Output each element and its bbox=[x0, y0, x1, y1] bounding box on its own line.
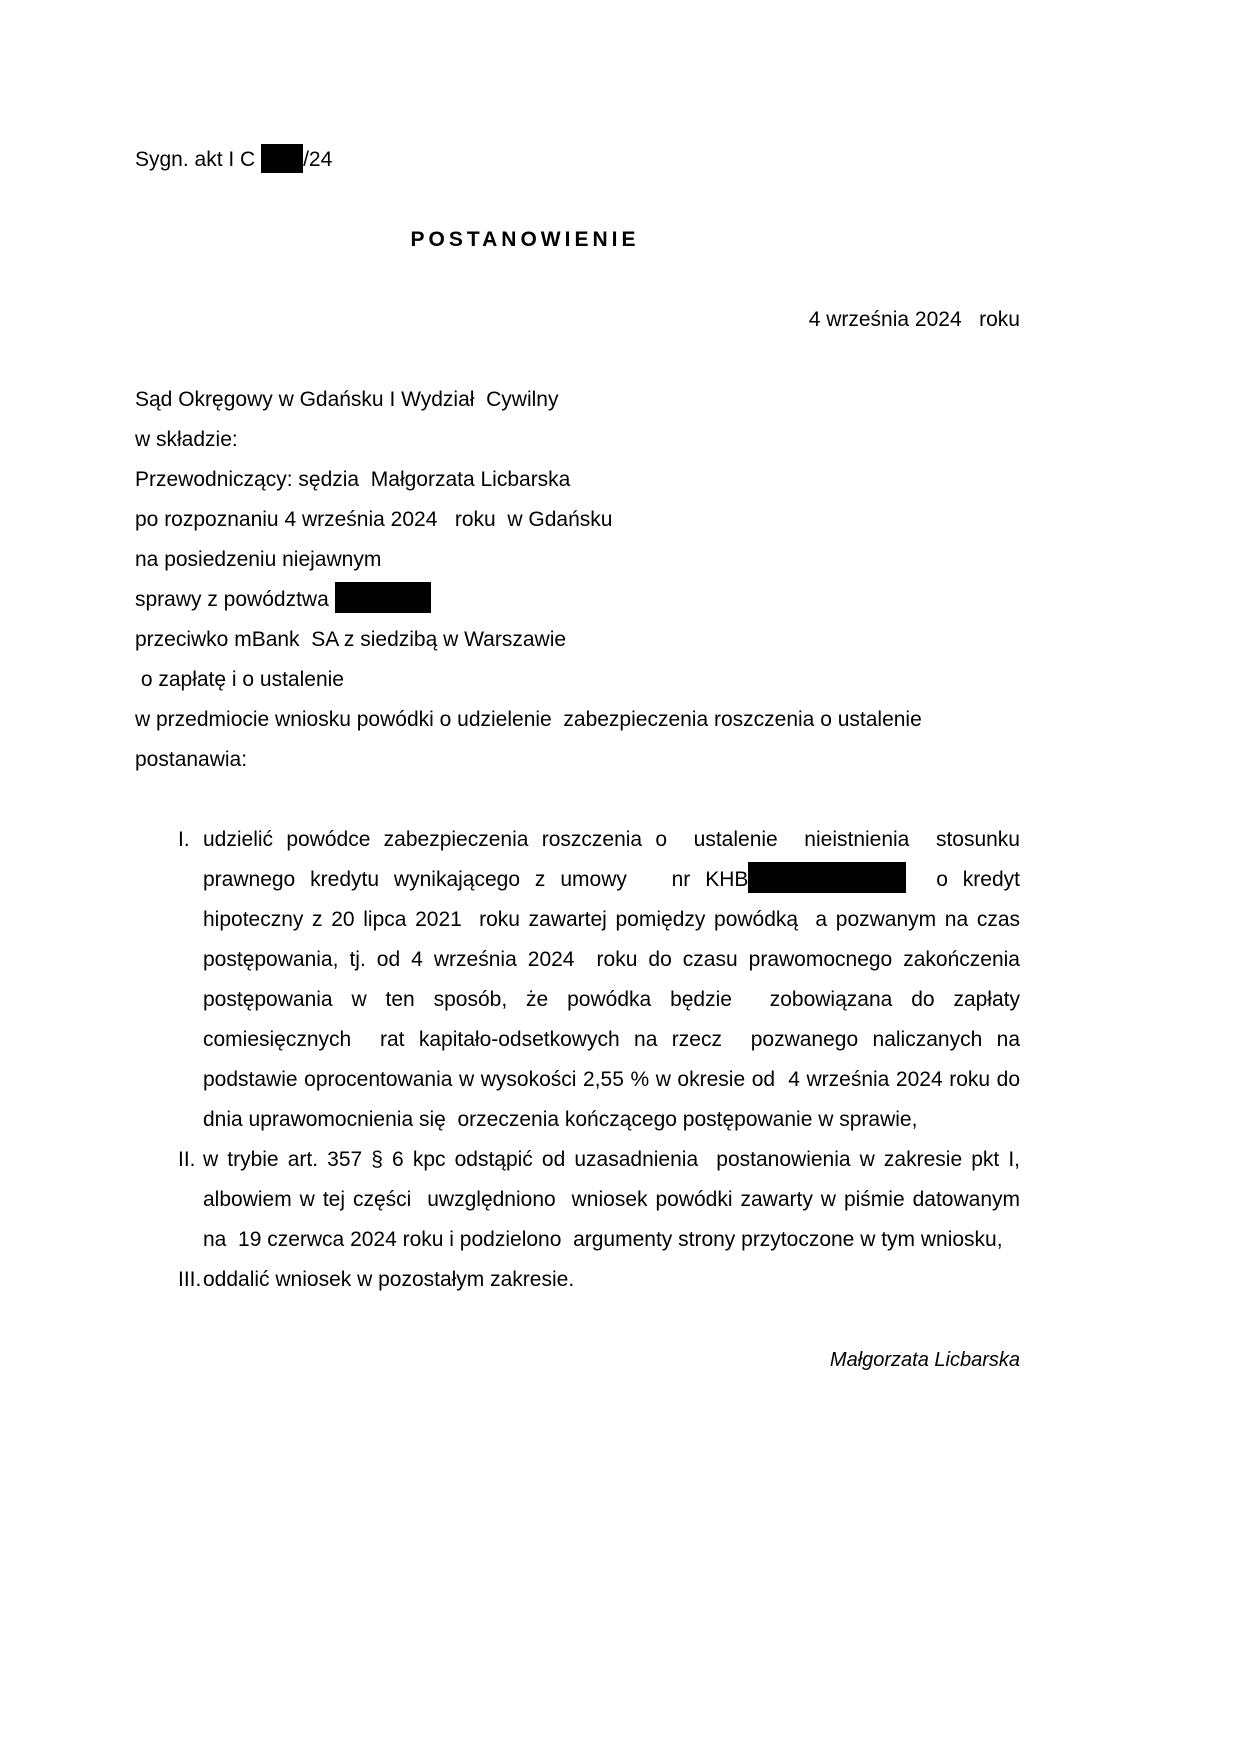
resolution-2-numeral: II. bbox=[178, 1140, 203, 1260]
redaction-bar-loan-number bbox=[748, 862, 906, 893]
defendant-line: przeciwko mBank SA z siedzibą w Warszawi… bbox=[135, 620, 1020, 660]
case-reference-line: Sygn. akt I C /24 bbox=[135, 140, 1020, 180]
resolution-1-numeral: I. bbox=[178, 820, 203, 1140]
court-composition-block: Sąd Okręgowy w Gdańsku I Wydział Cywilny… bbox=[135, 380, 1020, 780]
closed-session-line: na posiedzeniu niejawnym bbox=[135, 540, 1020, 580]
document-title: POSTANOWIENIE bbox=[135, 220, 915, 260]
judge-signature: Małgorzata Licbarska bbox=[135, 1340, 1020, 1380]
court-order-page: Sygn. akt I C /24 POSTANOWIENIE 4 wrześn… bbox=[0, 0, 1241, 1754]
decision-intro-line: postanawia: bbox=[135, 740, 1020, 780]
resolution-1-text-after: o kredyt hipoteczny z 20 lipca 2021 roku… bbox=[203, 868, 1026, 1131]
case-reference-prefix: Sygn. akt I C bbox=[135, 148, 261, 171]
resolutions-list: I. udzielić powódce zabezpieczenia roszc… bbox=[135, 820, 1020, 1300]
composition-intro-line: w składzie: bbox=[135, 420, 1020, 460]
case-subject-line: o zapłatę i o ustalenie bbox=[135, 660, 1020, 700]
presiding-judge-line: Przewodniczący: sędzia Małgorzata Licbar… bbox=[135, 460, 1020, 500]
resolution-3-text: oddalić wniosek w pozostałym zakresie. bbox=[203, 1260, 1020, 1300]
resolution-item-3: III. oddalić wniosek w pozostałym zakres… bbox=[135, 1260, 1020, 1300]
resolution-item-1: I. udzielić powódce zabezpieczenia roszc… bbox=[135, 820, 1020, 1140]
case-reference-suffix: /24 bbox=[303, 148, 332, 171]
resolution-1-text: udzielić powódce zabezpieczenia roszczen… bbox=[203, 820, 1020, 1140]
plaintiff-line: sprawy z powództwa bbox=[135, 580, 1020, 620]
resolution-item-2: II. w trybie art. 357 § 6 kpc odstąpić o… bbox=[135, 1140, 1020, 1260]
hearing-date-line: po rozpoznaniu 4 września 2024 roku w Gd… bbox=[135, 500, 1020, 540]
court-name-line: Sąd Okręgowy w Gdańsku I Wydział Cywilny bbox=[135, 380, 1020, 420]
redaction-bar-case-number bbox=[261, 144, 303, 173]
resolution-2-text: w trybie art. 357 § 6 kpc odstąpić od uz… bbox=[203, 1140, 1020, 1260]
decision-date: 4 września 2024 roku bbox=[135, 300, 1020, 340]
motion-subject-line: w przedmiocie wniosku powódki o udzielen… bbox=[135, 700, 1020, 740]
resolution-3-numeral: III. bbox=[178, 1260, 203, 1300]
plaintiff-line-text: sprawy z powództwa bbox=[135, 588, 335, 611]
redaction-bar-plaintiff-name bbox=[335, 582, 431, 613]
